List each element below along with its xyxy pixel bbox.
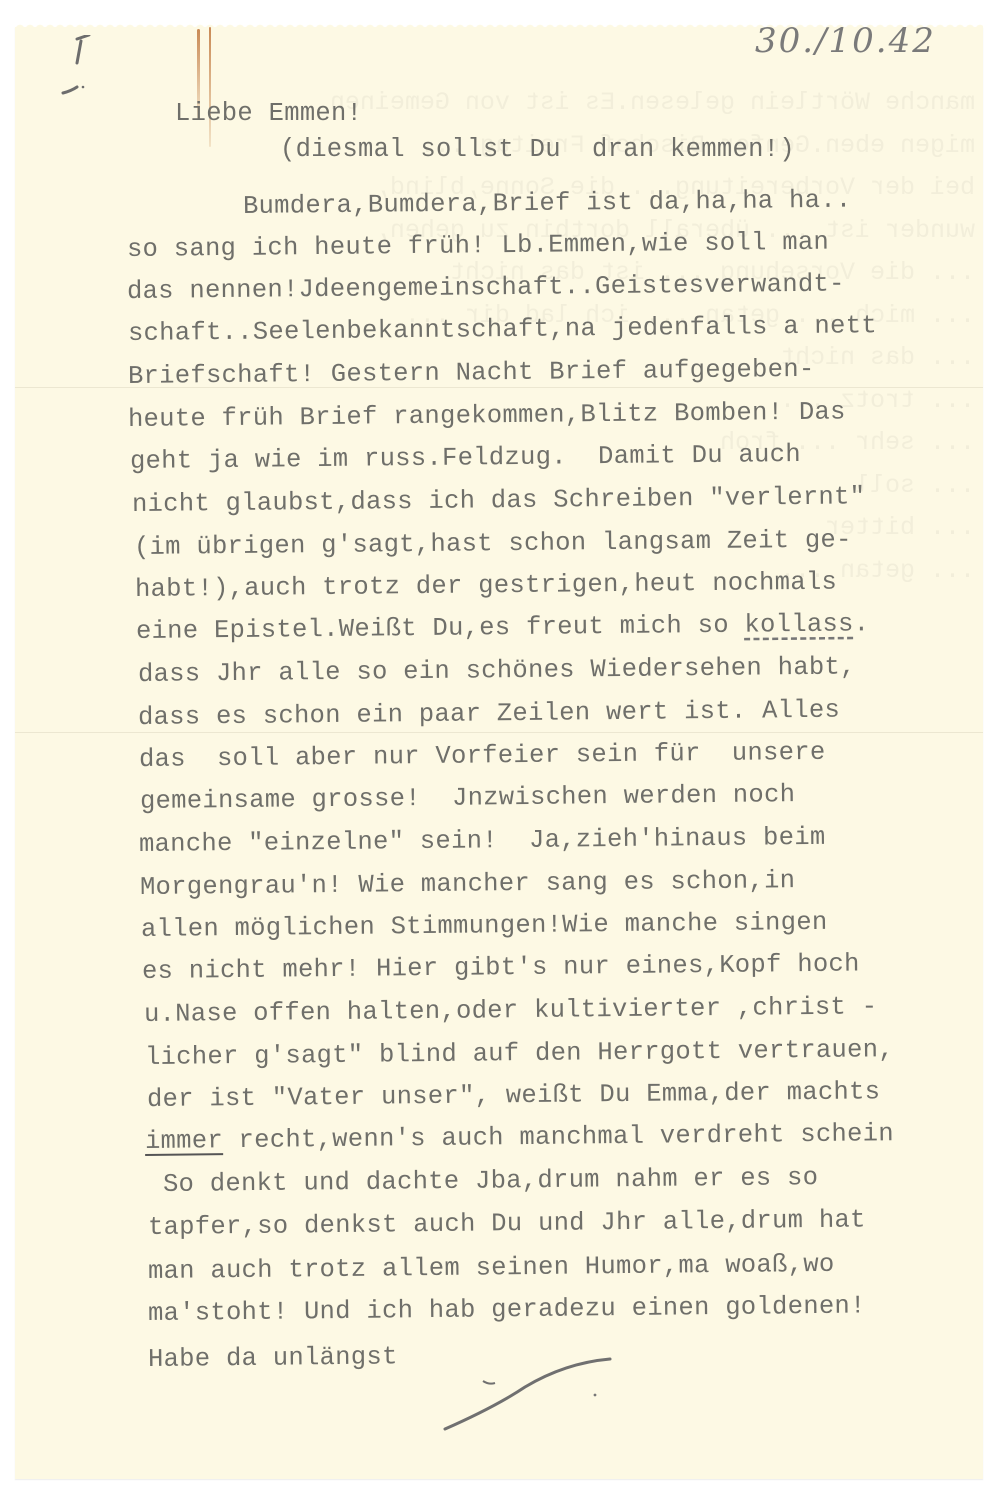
letter-line: So denkt und dachte Jba,drum nahm er es … — [163, 1163, 819, 1199]
letter-line: es nicht mehr! Hier gibt's nur eines,Kop… — [142, 949, 860, 986]
salutation-subtitle: (diesmal sollst Du dran kemmen!) — [280, 135, 795, 164]
paper-fold-line — [15, 732, 983, 733]
letter-line: so sang ich heute früh! Lb.Emmen,wie sol… — [127, 228, 829, 264]
letter-line: gemeinsame grosse! Jnzwischen werden noc… — [140, 780, 796, 816]
letter-line: ma'stoht! Und ich hab geradezu einen gol… — [148, 1291, 866, 1328]
letter-line: (im übrigen g'sagt,hast schon langsam Ze… — [134, 525, 852, 562]
letter-line: licher g'sagt" blind auf den Herrgott ve… — [145, 1035, 894, 1072]
letter-line: heute früh Brief rangekommen,Blitz Bombe… — [128, 397, 846, 434]
letter-line: manche "einzelne" sein! Ja,zieh'hinaus b… — [139, 823, 826, 859]
letter-line: Morgengrau'n! Wie mancher sang es schon,… — [140, 866, 796, 902]
letter-line: dass Jhr alle so ein schönes Wiedersehen… — [138, 652, 856, 689]
letter-line: der ist "Vater unser", weißt Du Emma,der… — [147, 1077, 881, 1114]
letter-line: Briefschaft! Gestern Nacht Brief aufgege… — [128, 355, 815, 391]
letter-line: tapfer,so denkst auch Du und Jhr alle,dr… — [148, 1205, 866, 1242]
salutation: Liebe Emmen! — [175, 99, 362, 128]
page-marker-numeral — [55, 35, 95, 105]
letter-line: u.Nase offen halten,oder kultivierter ,c… — [144, 992, 878, 1029]
letter-line: dass es schon ein paar Zeilen wert ist. … — [138, 696, 840, 732]
pencil-closing-stroke — [435, 1357, 635, 1437]
letter-line: nicht glaubst,dass ich das Schreiben "ve… — [132, 482, 866, 519]
letter-line: man auch trotz allem seinen Humor,ma woa… — [148, 1250, 835, 1286]
letter-line: Bumdera,Bumdera,Brief ist da,ha,ha ha.. — [243, 186, 852, 221]
letter-line: habt!),auch trotz der gestrigen,heut noc… — [135, 568, 837, 604]
letter-line: das nennen!Jdeengemeinschaft..Geistesver… — [127, 269, 845, 306]
letter-line: schaft..Seelenbekanntschaft,na jedenfall… — [128, 311, 877, 348]
letter-line: das soll aber nur Vorfeier sein für unse… — [139, 738, 826, 774]
letter-line: eine Epistel.Weißt Du,es freut mich so k… — [136, 609, 870, 646]
letter-line: immer recht,wenn's auch manchmal verdreh… — [145, 1119, 894, 1156]
handwritten-date: 30./10.42 — [755, 21, 936, 61]
letter-line: Habe da unlängst — [148, 1342, 398, 1374]
letter-line: allen möglichen Stimmungen!Wie manche si… — [141, 908, 828, 944]
letter-page: manche Wörtlein gelesen.Es ist von Gemei… — [15, 27, 983, 1479]
letter-line: geht ja wie im russ.Feldzug. Damit Du au… — [130, 440, 801, 476]
rust-stain — [209, 27, 211, 147]
